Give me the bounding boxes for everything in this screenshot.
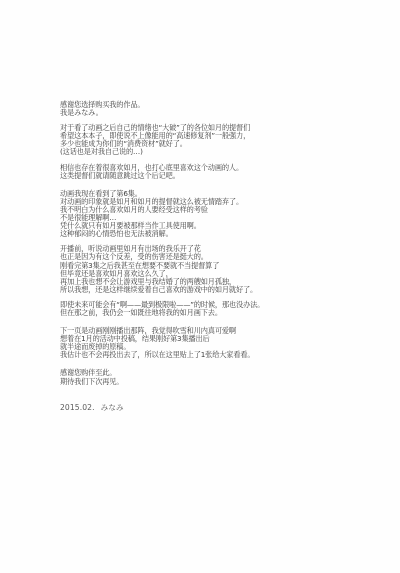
- text-line: 我是みなみ。: [60, 109, 380, 117]
- text-line: 我估计也不会再投出去了，所以在这里贴上了1张给大家看看。: [60, 351, 380, 359]
- afterword-text: 感谢您选择购买我的作品。 我是みなみ。 对于看了动画之后自己的情绪也“大破”了的…: [60, 101, 380, 412]
- text-line: 这类提督们就请随意跳过这个后记吧。: [60, 172, 380, 180]
- paragraph-closing: 感谢您购伴至此。 期待我们下次再见。: [60, 369, 380, 385]
- paragraph-anime-impression: 动画我现在看到了第6集。 对动画的印象就是如月和如月的提督就这么被无情踏弃了。 …: [60, 190, 380, 239]
- signature-date: 2015.02.: [60, 403, 95, 412]
- text-line: 所以我想，还是这样继续爱着自己喜欢的游戏中的如月就好了。: [60, 286, 380, 294]
- paragraph-disclaimer: 相信也存在着很喜欢如月，也打心底里喜欢这个动画的人。 这类提督们就请随意跳过这个…: [60, 164, 380, 180]
- text-line: 但在那之前，我仍会一如既往地将我的如月画下去。: [60, 309, 380, 317]
- text-line: (这话也是对我自己说的…): [60, 148, 380, 156]
- paragraph-feelings: 开播前，听说动画里如月有出场的我乐开了花 也正是因为有这个反差，受的伤害还是挺大…: [60, 245, 380, 294]
- paragraph-next-page: 下一页是动画刚刚播出那阵，我觉得吹雪和川内真可爱啊 想着在1月的活动中投稿，结果…: [60, 327, 380, 359]
- text-line: 感谢您选择购买我的作品。: [60, 101, 380, 109]
- document-page: 感谢您选择购买我的作品。 我是みなみ。 对于看了动画之后自己的情绪也“大破”了的…: [0, 0, 400, 573]
- paragraph-greeting: 感谢您选择购买我的作品。 我是みなみ。: [60, 101, 380, 117]
- text-line: 这种郁闷的心情恐怕也无法被消解。: [60, 230, 380, 238]
- signature-author: みなみ: [101, 403, 124, 412]
- text-line: 期待我们下次再见。: [60, 378, 380, 386]
- paragraph-future: 即使未来可能会有“啊——最到极限啦——”的时候，那也没办法。 但在那之前，我仍会…: [60, 301, 380, 317]
- signature: 2015.02.みなみ: [60, 403, 380, 412]
- paragraph-wish: 对于看了动画之后自己的情绪也“大破”了的各位如月的提督们 希望这本本子，即使说不…: [60, 124, 380, 156]
